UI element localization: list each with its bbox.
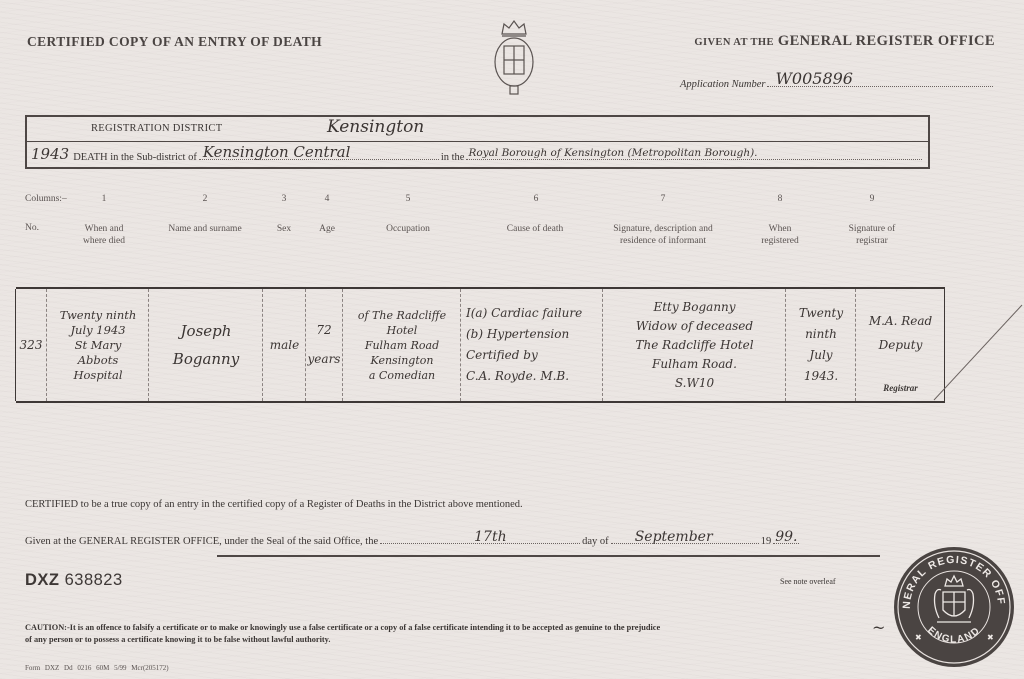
death-entry-row: 323 Twenty ninth July 1943 St Mary Abbot… (16, 287, 945, 403)
form-number: Form DXZ Dd 0216 60M 5/99 Mcr(205172) (25, 664, 169, 672)
age: 72 years (306, 293, 342, 397)
cause-of-death: I(a) Cardiac failure (b) Hypertension Ce… (462, 293, 606, 397)
given-statement: Given at the GENERAL REGISTER OFFICE, un… (25, 527, 870, 547)
informant: Etty Boganny Widow of deceased The Radcl… (604, 293, 785, 397)
cancel-diagonal-line (930, 295, 1024, 405)
svg-text:✖: ✖ (915, 633, 922, 642)
issue-year: 99. (775, 529, 797, 545)
when-where-died: Twenty ninth July 1943 St Mary Abbots Ho… (48, 293, 148, 397)
certificate-serial: DXZ 638823 (25, 571, 123, 590)
document-title: CERTIFIED COPY OF AN ENTRY OF DEATH (27, 34, 322, 50)
certified-statement: CERTIFIED to be a true copy of an entry … (25, 499, 523, 510)
caution-text: CAUTION:-It is an offence to falsify a c… (25, 622, 665, 645)
signature-scribble: ~ (872, 618, 885, 637)
issue-day: 17th (474, 529, 506, 545)
subdistrict-value: Kensington Central (203, 143, 351, 161)
signature-rule (217, 555, 880, 557)
svg-text:✖: ✖ (987, 633, 994, 642)
application-number-field: Application Number W005896 (680, 72, 995, 90)
general-register-office-seal: GENERAL REGISTER OFFICE ENGLAND ✖ ✖ (893, 546, 1015, 668)
when-registered: Twenty ninth July 1943. (787, 293, 855, 397)
application-number-value: W005896 (775, 69, 853, 88)
office-heading: GIVEN AT THE GENERAL REGISTER OFFICE (694, 33, 995, 50)
occupation: of The Radcliffe Hotel Fulham Road Kensi… (344, 293, 460, 397)
registration-district-box: REGISTRATION DISTRICT Kensington 1943 DE… (25, 115, 930, 169)
entry-number: 323 (16, 293, 46, 397)
borough-value: Royal Borough of Kensington (Metropolita… (468, 147, 757, 159)
royal-crest-icon (492, 18, 536, 98)
sex: male (264, 293, 305, 397)
see-note-overleaf: See note overleaf (780, 577, 836, 586)
subdistrict-line: 1943 DEATH in the Sub-district of Kensin… (31, 143, 924, 163)
registration-year: 1943 (31, 145, 69, 163)
registration-district-value: Kensington (327, 117, 424, 137)
name-surname: Joseph Boganny (150, 293, 262, 397)
issue-month: September (635, 529, 713, 545)
